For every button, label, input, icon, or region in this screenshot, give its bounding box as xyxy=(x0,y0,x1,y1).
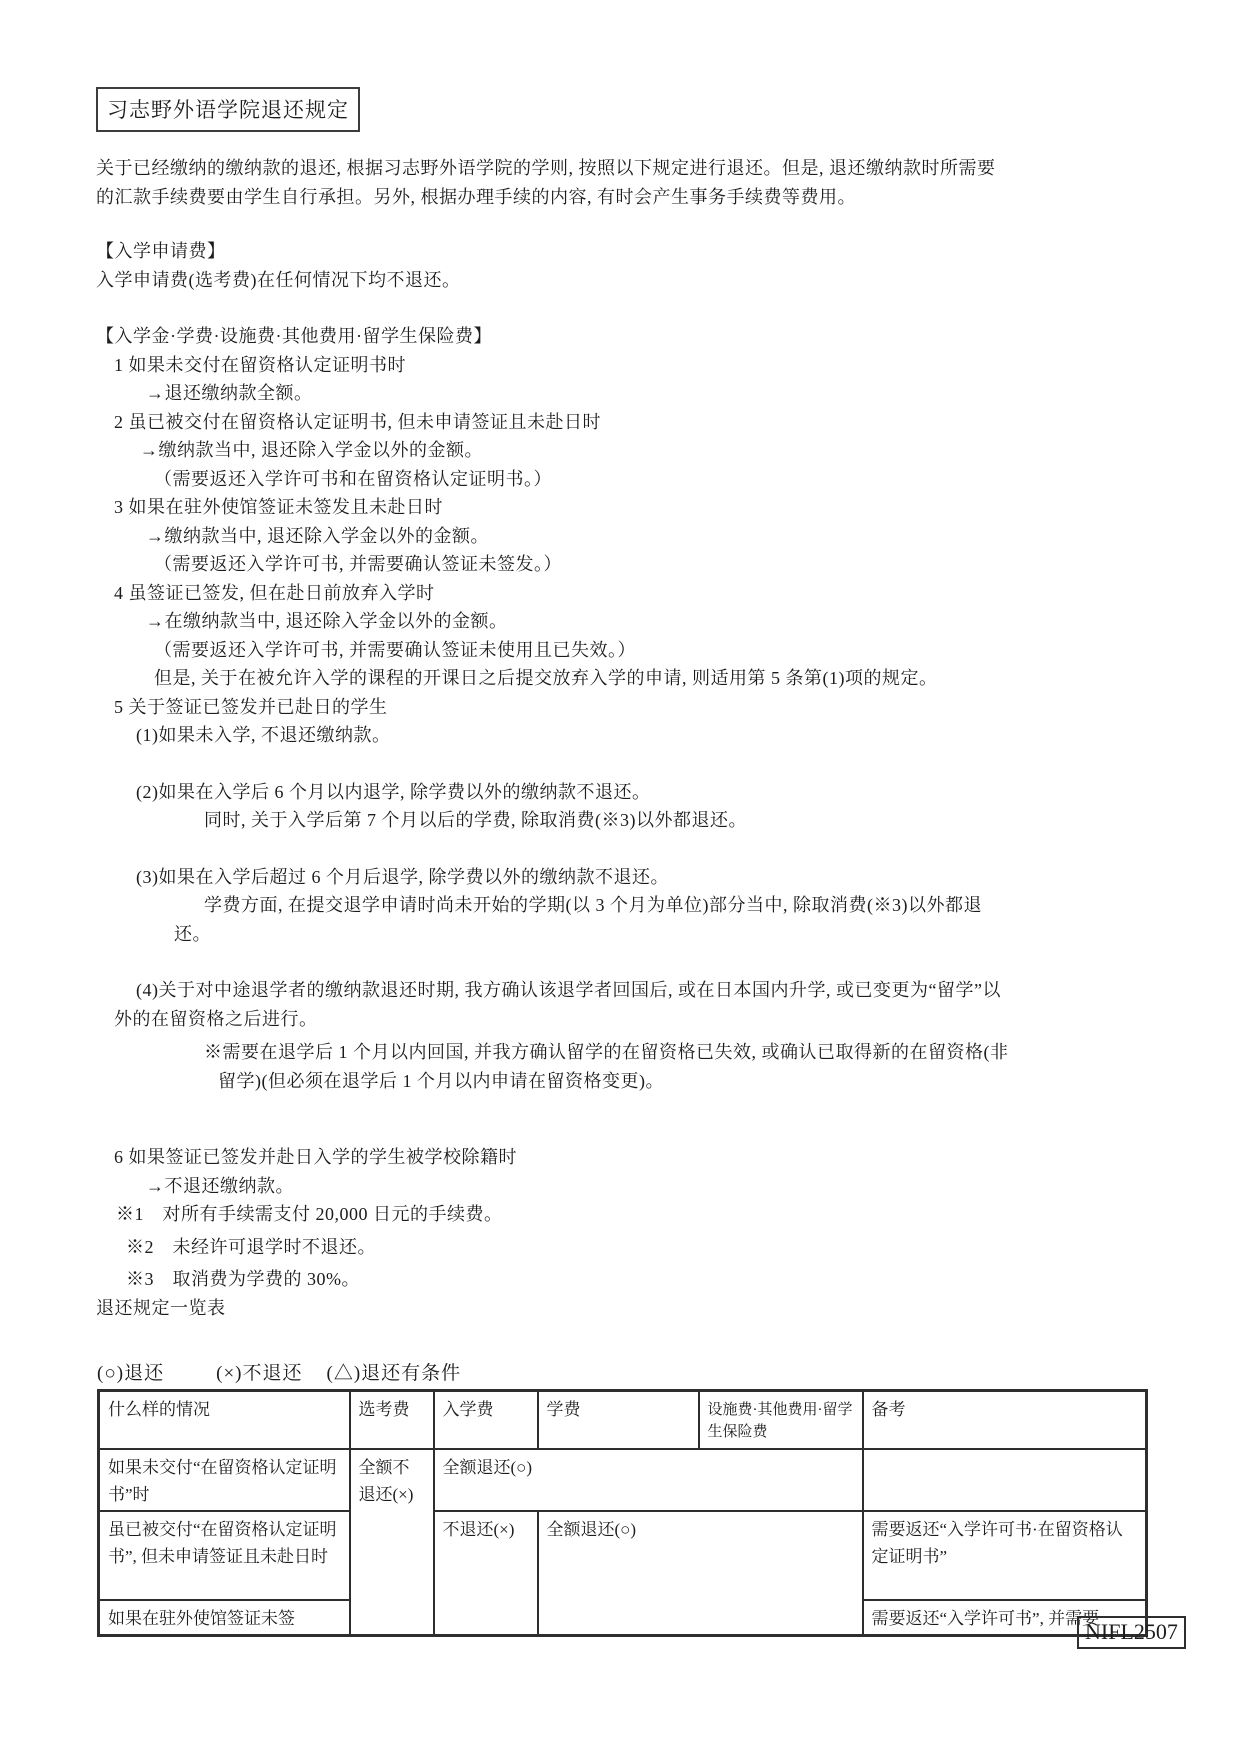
table-cell: 全额退还(○) xyxy=(434,1449,863,1511)
text-line: ※2 未经许可退学时不退还。 xyxy=(96,1233,1166,1262)
text-line: 还。 xyxy=(96,920,1166,949)
document-page: 习志野外语学院退还规定 关于已经缴纳的缴纳款的退还, 根据习志野外语学院的学则,… xyxy=(0,0,1241,1755)
column-header: 设施费·其他费用·留学生保险费 xyxy=(699,1391,863,1449)
text-line: →缴纳款当中, 退还除入学金以外的金额。 xyxy=(96,436,1166,465)
text-line: 【入学申请费】 xyxy=(96,237,1166,266)
text-line: 3 如果在驻外使馆签证未签发且未赴日时 xyxy=(96,493,1166,522)
text-line: 1 如果未交付在留资格认定证明书时 xyxy=(96,351,1166,380)
text-line: 关于已经缴纳的缴纳款的退还, 根据习志野外语学院的学则, 按照以下规定进行退还。… xyxy=(96,154,1166,183)
document-title: 习志野外语学院退还规定 xyxy=(96,87,360,132)
text-line: （需要返还入学许可书, 并需要确认签证未使用且已失效。） xyxy=(96,636,1166,665)
column-header: 入学费 xyxy=(434,1391,538,1449)
text-line: 留学)(但必须在退学后 1 个月以内申请在留资格变更)。 xyxy=(96,1067,1166,1096)
table-cell: 虽已被交付“在留资格认定证明书”, 但未申请签证且未赴日时 xyxy=(99,1511,350,1600)
table-cell: 全额退还(○) xyxy=(538,1511,863,1636)
text-line: 的汇款手续费要由学生自行承担。另外, 根据办理手续的内容, 有时会产生事务手续费… xyxy=(96,183,1166,212)
text-line: (4)关于对中途退学者的缴纳款退还时期, 我方确认该退学者回国后, 或在日本国内… xyxy=(96,976,1166,1005)
column-header: 备考 xyxy=(863,1391,1147,1449)
text-line: ※3 取消费为学费的 30%。 xyxy=(96,1265,1166,1294)
body-lines: 关于已经缴纳的缴纳款的退还, 根据习志野外语学院的学则, 按照以下规定进行退还。… xyxy=(96,154,1166,1322)
text-line: (1)如果未入学, 不退还缴纳款。 xyxy=(96,721,1166,750)
text-line: 但是, 关于在被允许入学的课程的开课日之后提交放弃入学的申请, 则适用第 5 条… xyxy=(96,664,1166,693)
text-line: (2)如果在入学后 6 个月以内退学, 除学费以外的缴纳款不退还。 xyxy=(96,778,1166,807)
page-code: NIFL2507 xyxy=(1077,1616,1186,1649)
text-line: →不退还缴纳款。 xyxy=(96,1172,1166,1201)
text-line: 学费方面, 在提交退学申请时尚未开始的学期(以 3 个月为单位)部分当中, 除取… xyxy=(96,891,1166,920)
text-line: （需要返还入学许可书, 并需要确认签证未签发。） xyxy=(96,550,1166,579)
table-cell xyxy=(863,1449,1147,1511)
table-cell: 全额不退还(×) xyxy=(350,1449,434,1636)
text-line: 2 虽已被交付在留资格认定证明书, 但未申请签证且未赴日时 xyxy=(96,408,1166,437)
table-header-row: 什么样的情况选考费入学费学费设施费·其他费用·留学生保险费备考 xyxy=(99,1391,1147,1449)
text-line: 5 关于签证已签发并已赴日的学生 xyxy=(96,693,1166,722)
text-line: 退还规定一览表 xyxy=(96,1294,1166,1323)
text-line: (3)如果在入学后超过 6 个月后退学, 除学费以外的缴纳款不退还。 xyxy=(96,863,1166,892)
table-row: 如果未交付“在留资格认定证明书”时全额不退还(×)全额退还(○) xyxy=(99,1449,1147,1511)
text-line: 4 虽签证已签发, 但在赴日前放弃入学时 xyxy=(96,579,1166,608)
text-line: ※1 对所有手续需支付 20,000 日元的手续费。 xyxy=(96,1200,1166,1229)
text-line: 外的在留资格之后进行。 xyxy=(96,1005,1166,1034)
table-cell: 如果在驻外使馆签证未签 xyxy=(99,1600,350,1636)
legend-no-refund: (×)不退还 xyxy=(216,1363,302,1384)
text-line: 同时, 关于入学后第 7 个月以后的学费, 除取消费(※3)以外都退还。 xyxy=(96,806,1166,835)
text-line: 入学申请费(选考费)在任何情况下均不退还。 xyxy=(96,266,1166,295)
column-header: 学费 xyxy=(538,1391,699,1449)
text-line: →缴纳款当中, 退还除入学金以外的金额。 xyxy=(96,522,1166,551)
text-line: ※需要在退学后 1 个月以内回国, 并我方确认留学的在留资格已失效, 或确认已取… xyxy=(96,1038,1166,1067)
legend-refund: (○)退还 xyxy=(97,1363,164,1384)
text-line: →退还缴纳款全额。 xyxy=(96,379,1166,408)
table-row: 虽已被交付“在留资格认定证明书”, 但未申请签证且未赴日时不退还(×)全额退还(… xyxy=(99,1511,1147,1600)
text-line: 6 如果签证已签发并赴日入学的学生被学校除籍时 xyxy=(96,1143,1166,1172)
table-body: 如果未交付“在留资格认定证明书”时全额不退还(×)全额退还(○)虽已被交付“在留… xyxy=(99,1449,1147,1636)
text-line: （需要返还入学许可书和在留资格认定证明书。） xyxy=(96,465,1166,494)
refund-rules-table: 什么样的情况选考费入学费学费设施费·其他费用·留学生保险费备考 如果未交付“在留… xyxy=(97,1389,1148,1637)
refund-legend: (○)退还(×)不退还(△)退还有条件 xyxy=(97,1358,461,1385)
text-line: →在缴纳款当中, 退还除入学金以外的金额。 xyxy=(96,607,1166,636)
column-header: 什么样的情况 xyxy=(99,1391,350,1449)
text-line: 【入学金·学费·设施费·其他费用·留学生保险费】 xyxy=(96,322,1166,351)
legend-conditional: (△)退还有条件 xyxy=(327,1363,462,1384)
table-cell: 需要返还“入学许可书·在留资格认定证明书” xyxy=(863,1511,1147,1600)
table-cell: 如果未交付“在留资格认定证明书”时 xyxy=(99,1449,350,1511)
table-head: 什么样的情况选考费入学费学费设施费·其他费用·留学生保险费备考 xyxy=(99,1391,1147,1449)
table-cell: 不退还(×) xyxy=(434,1511,538,1636)
column-header: 选考费 xyxy=(350,1391,434,1449)
